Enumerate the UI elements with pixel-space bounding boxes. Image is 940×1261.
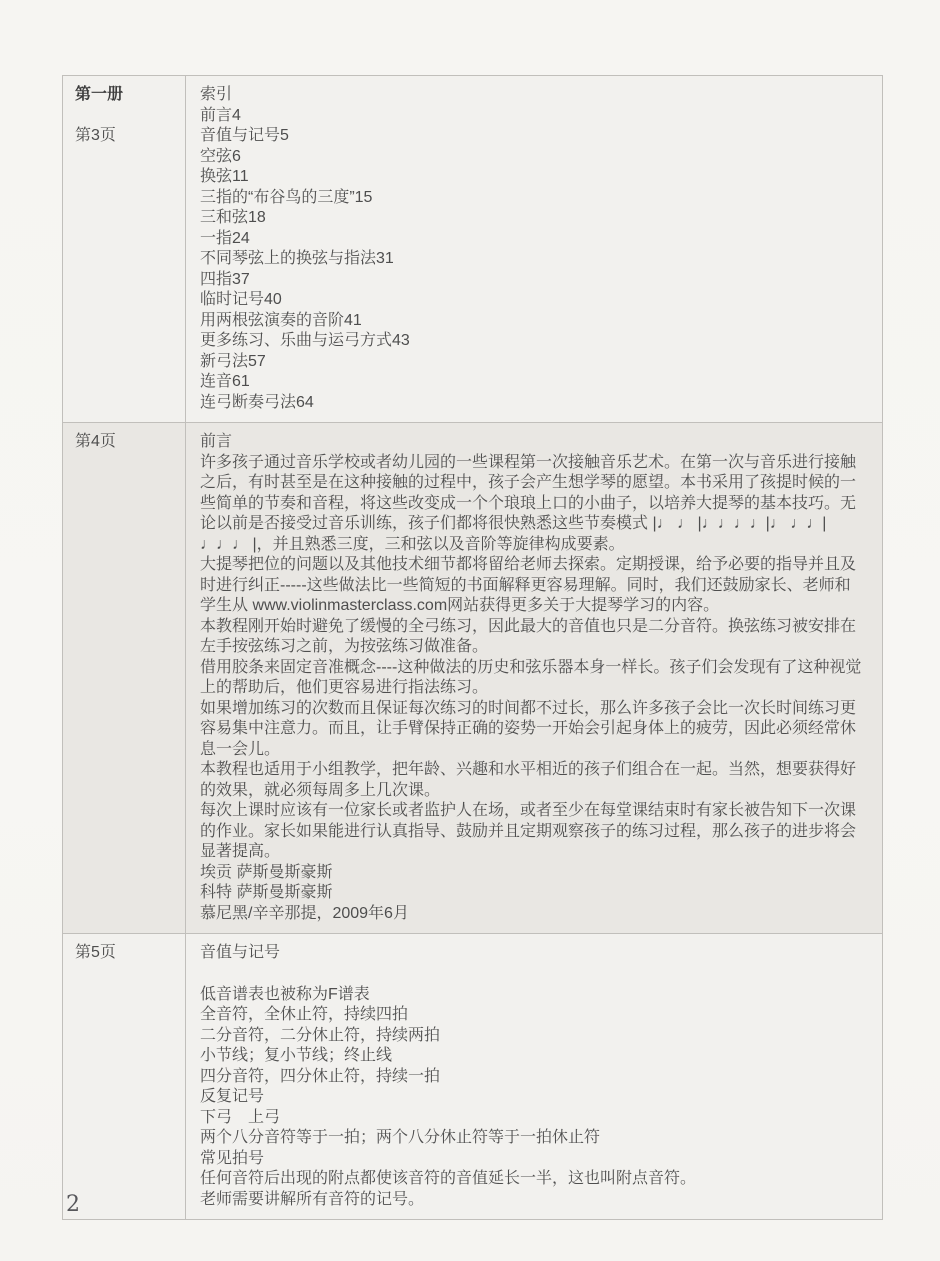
contents-table: 第一册 第3页 索引 前言4 音值与记号5 空弦6 换弦11 三指的“布谷鸟的三…: [62, 75, 883, 1220]
preface-body: 前言 许多孩子通过音乐学校或者幼儿园的一些课程第一次接触音乐艺术。在第一次与音乐…: [185, 423, 882, 933]
page-ref-label: 第3页: [75, 126, 177, 146]
toc-entry: 四指37: [200, 270, 866, 291]
preface-paragraph: 本教程刚开始时避免了缓慢的全弓练习，因此最大的音值也只是二分音符。换弦练习被安排…: [200, 617, 866, 658]
notation-line: 小节线；复小节线；终止线: [200, 1046, 866, 1067]
toc-entry: 连音61: [200, 372, 866, 393]
notation-line: 全音符，全休止符，持续四拍: [200, 1005, 866, 1026]
notation-line: 两个八分音符等于一拍；两个八分休止符等于一拍休止符: [200, 1128, 866, 1149]
page-ref-label: 第5页: [75, 943, 177, 963]
toc-entry: 用两根弦演奏的音阶41: [200, 311, 866, 332]
page-number: 2: [66, 1192, 80, 1217]
notation-line: 反复记号: [200, 1087, 866, 1108]
toc-entry: 不同琴弦上的换弦与指法31: [200, 249, 866, 270]
toc-entry: 音值与记号5: [200, 126, 866, 147]
toc-entry: 三指的“布谷鸟的三度”15: [200, 188, 866, 209]
row-header-cell-notation: 第5页: [63, 934, 185, 1219]
preface-paragraph: 借用胶条来固定音准概念----这种做法的历史和弦乐器本身一样长。孩子们会发现有了…: [200, 658, 866, 699]
toc-entry: 索引: [200, 85, 866, 106]
notation-heading: 音值与记号: [200, 943, 866, 964]
preface-paragraph: 本教程也适用于小组教学，把年龄、兴趣和水平相近的孩子们组合在一起。当然，想要获得…: [200, 760, 866, 801]
signature-line: 埃贡 萨斯曼斯豪斯: [200, 863, 866, 884]
notation-line: 二分音符，二分休止符，持续两拍: [200, 1026, 866, 1047]
notation-line: 任何音符后出现的附点都使该音符的音值延长一半，这也叫附点音符。: [200, 1169, 866, 1190]
toc-entry: 新弓法57: [200, 352, 866, 373]
signature-line: 慕尼黑/辛辛那提，2009年6月: [200, 904, 866, 925]
table-row-toc: 第一册 第3页 索引 前言4 音值与记号5 空弦6 换弦11 三指的“布谷鸟的三…: [63, 76, 882, 422]
toc-entry: 三和弦18: [200, 208, 866, 229]
toc-entry: 临时记号40: [200, 290, 866, 311]
toc-entry: 连弓断奏弓法64: [200, 393, 866, 414]
preface-paragraph: 大提琴把位的问题以及其他技术细节都将留给老师去探索。定期授课，给予必要的指导并且…: [200, 555, 866, 617]
notation-line: 下弓 上弓: [200, 1108, 866, 1129]
preface-paragraph: 如果增加练习的次数而且保证每次练习的时间都不过长，那么许多孩子会比一次长时间练习…: [200, 699, 866, 761]
table-row-preface: 第4页 前言 许多孩子通过音乐学校或者幼儿园的一些课程第一次接触音乐艺术。在第一…: [63, 422, 882, 933]
row-header-cell-preface: 第4页: [63, 423, 185, 933]
notation-line: 四分音符，四分休止符，持续一拍: [200, 1067, 866, 1088]
table-row-notation: 第5页 音值与记号 低音谱表也被称为F谱表 全音符，全休止符，持续四拍 二分音符…: [63, 933, 882, 1219]
page-ref-label: 第4页: [75, 432, 177, 452]
notation-line: 常见拍号: [200, 1149, 866, 1170]
toc-body: 索引 前言4 音值与记号5 空弦6 换弦11 三指的“布谷鸟的三度”15 三和弦…: [185, 76, 882, 422]
toc-entry: 更多练习、乐曲与运弓方式43: [200, 331, 866, 352]
preface-heading: 前言: [200, 432, 866, 453]
scanned-page: 第一册 第3页 索引 前言4 音值与记号5 空弦6 换弦11 三指的“布谷鸟的三…: [0, 0, 940, 1261]
toc-entry: 一指24: [200, 229, 866, 250]
toc-entry: 空弦6: [200, 147, 866, 168]
notation-line: 低音谱表也被称为F谱表: [200, 985, 866, 1006]
row-header-cell-toc: 第一册 第3页: [63, 76, 185, 422]
volume-label: 第一册: [75, 85, 177, 105]
notation-line: 老师需要讲解所有音符的记号。: [200, 1190, 866, 1211]
preface-paragraph: 每次上课时应该有一位家长或者监护人在场，或者至少在每堂课结束时有家长被告知下一次…: [200, 801, 866, 863]
preface-paragraph: 许多孩子通过音乐学校或者幼儿园的一些课程第一次接触音乐艺术。在第一次与音乐进行接…: [200, 453, 866, 556]
blank-line: [200, 964, 866, 985]
toc-entry: 换弦11: [200, 167, 866, 188]
toc-entry: 前言4: [200, 106, 866, 127]
signature-line: 科特 萨斯曼斯豪斯: [200, 883, 866, 904]
notation-body: 音值与记号 低音谱表也被称为F谱表 全音符，全休止符，持续四拍 二分音符，二分休…: [185, 934, 882, 1219]
